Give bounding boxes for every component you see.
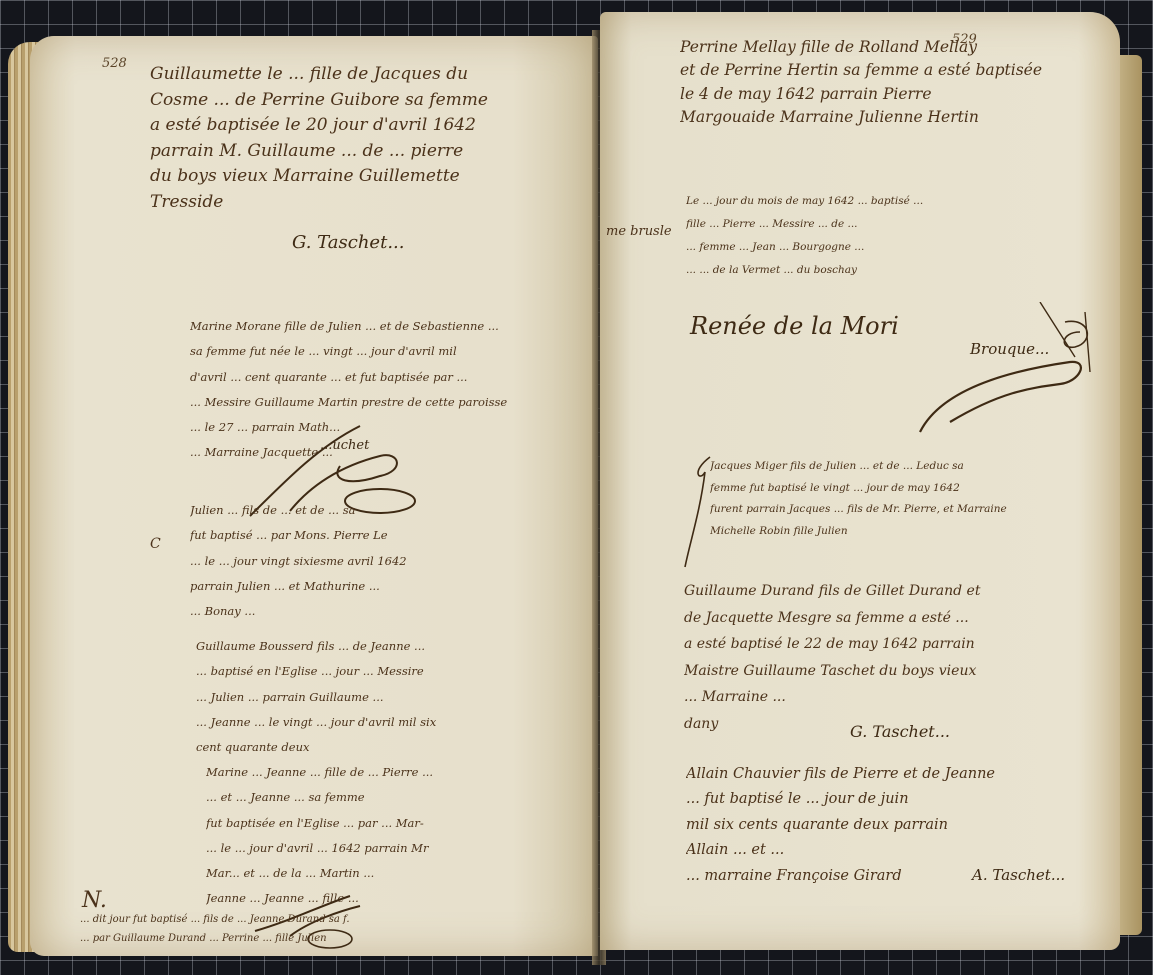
entry-line: fut baptisé ... par Mons. Pierre Le — [190, 523, 610, 548]
entry-line: fille ... Pierre ... Messire ... de ... — [686, 213, 1106, 236]
right-page: 529 Perrine Mellay fille de Rolland Mell… — [600, 12, 1120, 950]
entry-line: du boys vieux Marraine Guillemette — [150, 164, 590, 190]
entry-line: furent parrain Jacques ... fils de Mr. P… — [710, 499, 1110, 521]
entry-line: ... baptisé en l'Eglise ... jour ... Mes… — [196, 659, 610, 684]
entry-line: d'avril ... cent quarante ... et fut bap… — [190, 365, 610, 390]
entry-line: le 4 de may 1642 parrain Pierre — [680, 83, 1110, 106]
entry-line: Mar... et ... de la ... Martin ... — [206, 861, 610, 886]
entry-right-2: Le ... jour du mois de may 1642 ... bapt… — [686, 190, 1106, 282]
entry-line: Guillaume Durand fils de Gillet Durand e… — [684, 578, 1114, 605]
entry-line: ... le ... jour vingt sixiesme avril 164… — [190, 549, 610, 574]
entry-line: Julien ... fils de ... et de ... sa — [190, 498, 610, 523]
entry-line: ... Julien ... parrain Guillaume ... — [196, 685, 610, 710]
entry-left-6: ... dit jour fut baptisé ... fils de ...… — [80, 910, 600, 948]
entry-line: Marine Morane fille de Julien ... et de … — [190, 314, 610, 339]
entry-line: ... ... de la Vermet ... du boschay — [686, 259, 1106, 282]
register-spread: 528 Guillaumette le ... fille de Jacques… — [0, 0, 1153, 975]
entry-line: ... et ... Jeanne ... sa femme — [206, 785, 610, 810]
signature-left-2: ...uchet — [320, 438, 369, 453]
entry-left-4: Guillaume Bousserd fils ... de Jeanne ..… — [196, 634, 610, 760]
margin-note-right-2: me brusle — [606, 224, 672, 239]
entry-line: sa femme fut née le ... vingt ... jour d… — [190, 339, 610, 364]
entry-line: Guillaumette le ... fille de Jacques du — [150, 62, 590, 88]
signature-flourish-icon — [890, 302, 1100, 442]
entry-line: Margouaide Marraine Julienne Hertin — [680, 106, 1110, 129]
entry-line: mil six cents quarante deux parrain — [686, 813, 1116, 838]
entry-line: Marine ... Jeanne ... fille de ... Pierr… — [206, 760, 610, 785]
entry-line: Allain Chauvier fils de Pierre et de Jea… — [686, 762, 1116, 787]
entry-left-1: Guillaumette le ... fille de Jacques du … — [150, 62, 590, 215]
margin-note-left-3: C — [150, 536, 161, 552]
entry-line: ... Bonay ... — [190, 599, 610, 624]
entry-left-3: Julien ... fils de ... et de ... sa fut … — [190, 498, 610, 624]
entry-line: ... fut baptisé le ... jour de juin — [686, 787, 1116, 812]
entry-line: Allain ... et ... — [686, 838, 1116, 863]
page-number-left: 528 — [102, 56, 127, 71]
entry-line: Jacques Miger fils de Julien ... et de .… — [710, 456, 1110, 478]
signature-right-2a: Renée de la Mori — [690, 312, 899, 340]
entry-line: et de Perrine Hertin sa femme a esté bap… — [680, 59, 1110, 82]
entry-line: parrain Julien ... et Mathurine ... — [190, 574, 610, 599]
entry-line: Tresside — [150, 190, 590, 216]
entry-line: Maistre Guillaume Taschet du boys vieux — [684, 658, 1114, 685]
entry-line: fut baptisée en l'Eglise ... par ... Mar… — [206, 811, 610, 836]
entry-line: Perrine Mellay fille de Rolland Mellay — [680, 36, 1110, 59]
entry-line: Michelle Robin fille Julien — [710, 521, 1110, 543]
signature-right-5: A. Taschet... — [972, 866, 1065, 884]
entry-line: ... Marraine ... — [684, 684, 1114, 711]
entry-line: a esté baptisée le 20 jour d'avril 1642 — [150, 113, 590, 139]
entry-line: Le ... jour du mois de may 1642 ... bapt… — [686, 190, 1106, 213]
entry-right-1: Perrine Mellay fille de Rolland Mellay e… — [680, 36, 1110, 129]
signature-left-1: G. Taschet... — [292, 232, 404, 253]
entry-line: ... femme ... Jean ... Bourgogne ... — [686, 236, 1106, 259]
entry-line: femme fut baptisé le vingt ... jour de m… — [710, 478, 1110, 500]
signature-right-4: G. Taschet... — [850, 722, 950, 741]
entry-line: cent quarante deux — [196, 735, 610, 760]
entry-line: ... Jeanne ... le vingt ... jour d'avril… — [196, 710, 610, 735]
entry-line: a esté baptisé le 22 de may 1642 parrain — [684, 631, 1114, 658]
entry-right-4: Guillaume Durand fils de Gillet Durand e… — [684, 578, 1114, 738]
entry-line: ... le ... jour d'avril ... 1642 parrain… — [206, 836, 610, 861]
entry-line: de Jacquette Mesgre sa femme a esté ... — [684, 605, 1114, 632]
left-page: 528 Guillaumette le ... fille de Jacques… — [30, 36, 598, 956]
entry-right-3: Jacques Miger fils de Julien ... et de .… — [710, 456, 1110, 542]
entry-line: ... Messire Guillaume Martin prestre de … — [190, 390, 610, 415]
entry-line: ... par Guillaume Durand ... Perrine ...… — [80, 929, 600, 948]
entry-line: Cosme ... de Perrine Guibore sa femme — [150, 88, 590, 114]
entry-line: Guillaume Bousserd fils ... de Jeanne ..… — [196, 634, 610, 659]
entry-left-5: Marine ... Jeanne ... fille de ... Pierr… — [206, 760, 610, 912]
entry-line: parrain M. Guillaume ... de ... pierre — [150, 139, 590, 165]
entry-line: ... dit jour fut baptisé ... fils de ...… — [80, 910, 600, 929]
